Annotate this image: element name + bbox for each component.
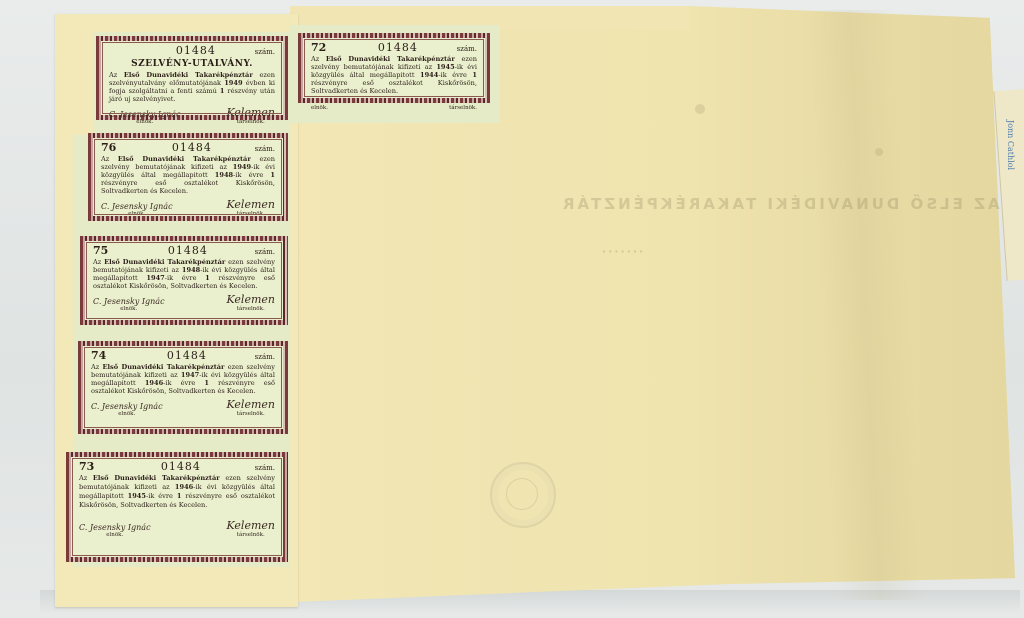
stain [695,104,705,114]
signature-vice-president: Kelemen [227,106,276,119]
embossed-seal [490,462,556,528]
signature-president: C. Jesensky Ignác [109,110,181,119]
talon-coupon: 01484 szám. SZELVÉNY-UTALVÁNY. Az Első D… [96,36,288,120]
dividend-coupon-76: 7601484szám. Az Első Dunavidéki Takarékp… [88,133,288,221]
stain [875,148,883,156]
dividend-coupon-72: 7201484szám. Az Első Dunavidéki Takarékp… [298,33,490,103]
dividend-coupon-73: 7301484szám. Az Első Dunavidéki Takarékp… [66,452,288,562]
adjacent-document-text: Jonn Cathlol [1006,120,1015,170]
talon-title: SZELVÉNY-UTALVÁNY. [109,59,275,69]
mirrored-heading: AZ ELSŐ DUNAVIDÉKI TAKARÉKPÉNZTÁR [560,195,1000,213]
dividend-coupon-74: 7401484szám. Az Első Dunavidéki Takarékp… [78,341,288,434]
dividend-coupon-75: 7501484szám. Az Első Dunavidéki Takarékp… [80,236,288,325]
talon-body: Az Első Dunavidéki Takarékpénztár ezen s… [109,71,275,103]
mirrored-text-line: ······· [600,245,643,258]
serial-number: 01484 [137,44,255,57]
